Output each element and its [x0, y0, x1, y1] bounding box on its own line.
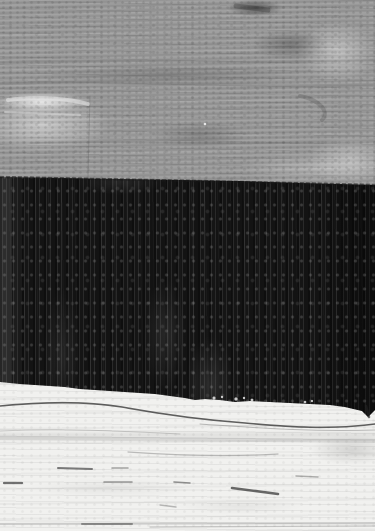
- black-center-region: [0, 170, 375, 418]
- abstract-painting: [0, 0, 375, 531]
- gray-upper-region: [0, 0, 375, 200]
